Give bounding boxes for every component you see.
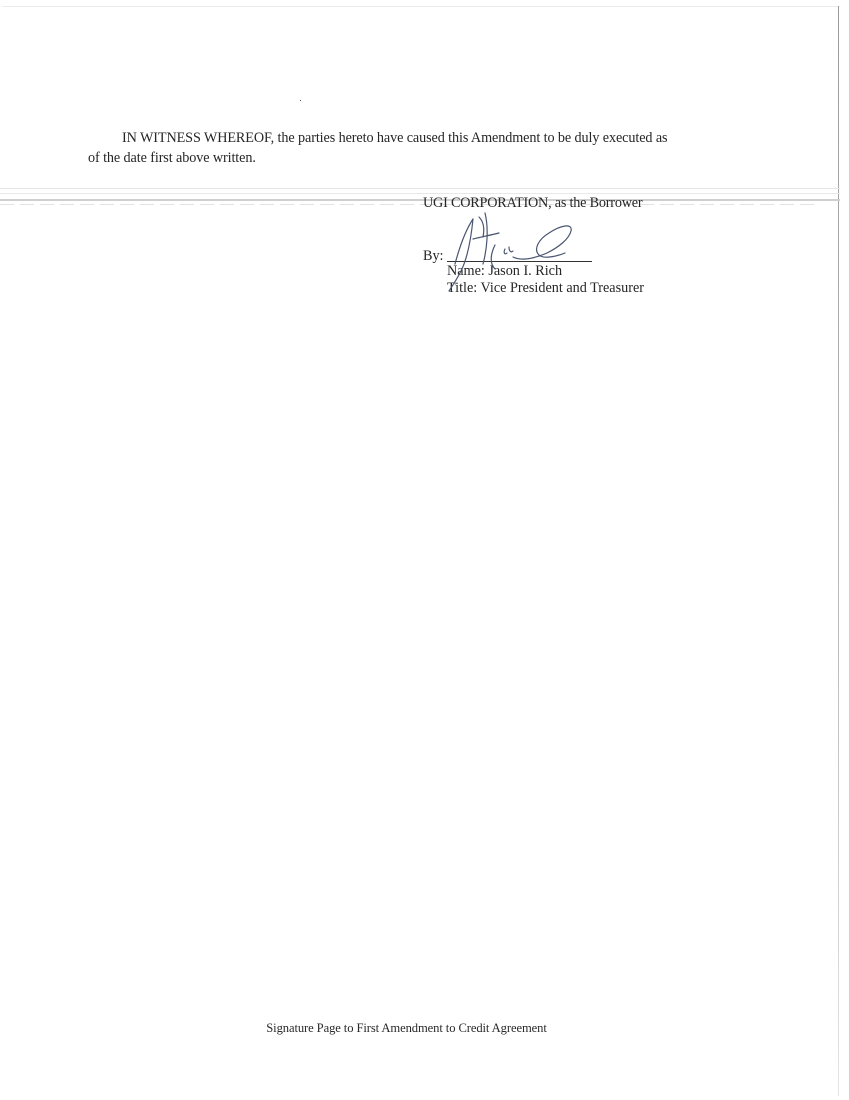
scan-artifact-band [0, 188, 840, 189]
scan-artifact-right-edge [838, 6, 839, 1096]
document-page: IN WITNESS WHEREOF, the parties hereto h… [0, 0, 849, 1100]
scan-speck [300, 100, 301, 101]
witness-clause: IN WITNESS WHEREOF, the parties hereto h… [88, 128, 728, 168]
handwritten-signature [443, 209, 593, 294]
by-label: By: [423, 248, 444, 265]
page-footer: Signature Page to First Amendment to Cre… [0, 1021, 813, 1036]
scan-artifact-band [0, 204, 815, 205]
witness-clause-line-1: IN WITNESS WHEREOF, the parties hereto h… [88, 128, 728, 148]
scan-artifact-top-line [2, 6, 840, 7]
scan-artifact-band [0, 193, 840, 194]
witness-clause-line-2: of the date first above written. [88, 148, 728, 168]
scan-artifact-band [0, 199, 840, 201]
